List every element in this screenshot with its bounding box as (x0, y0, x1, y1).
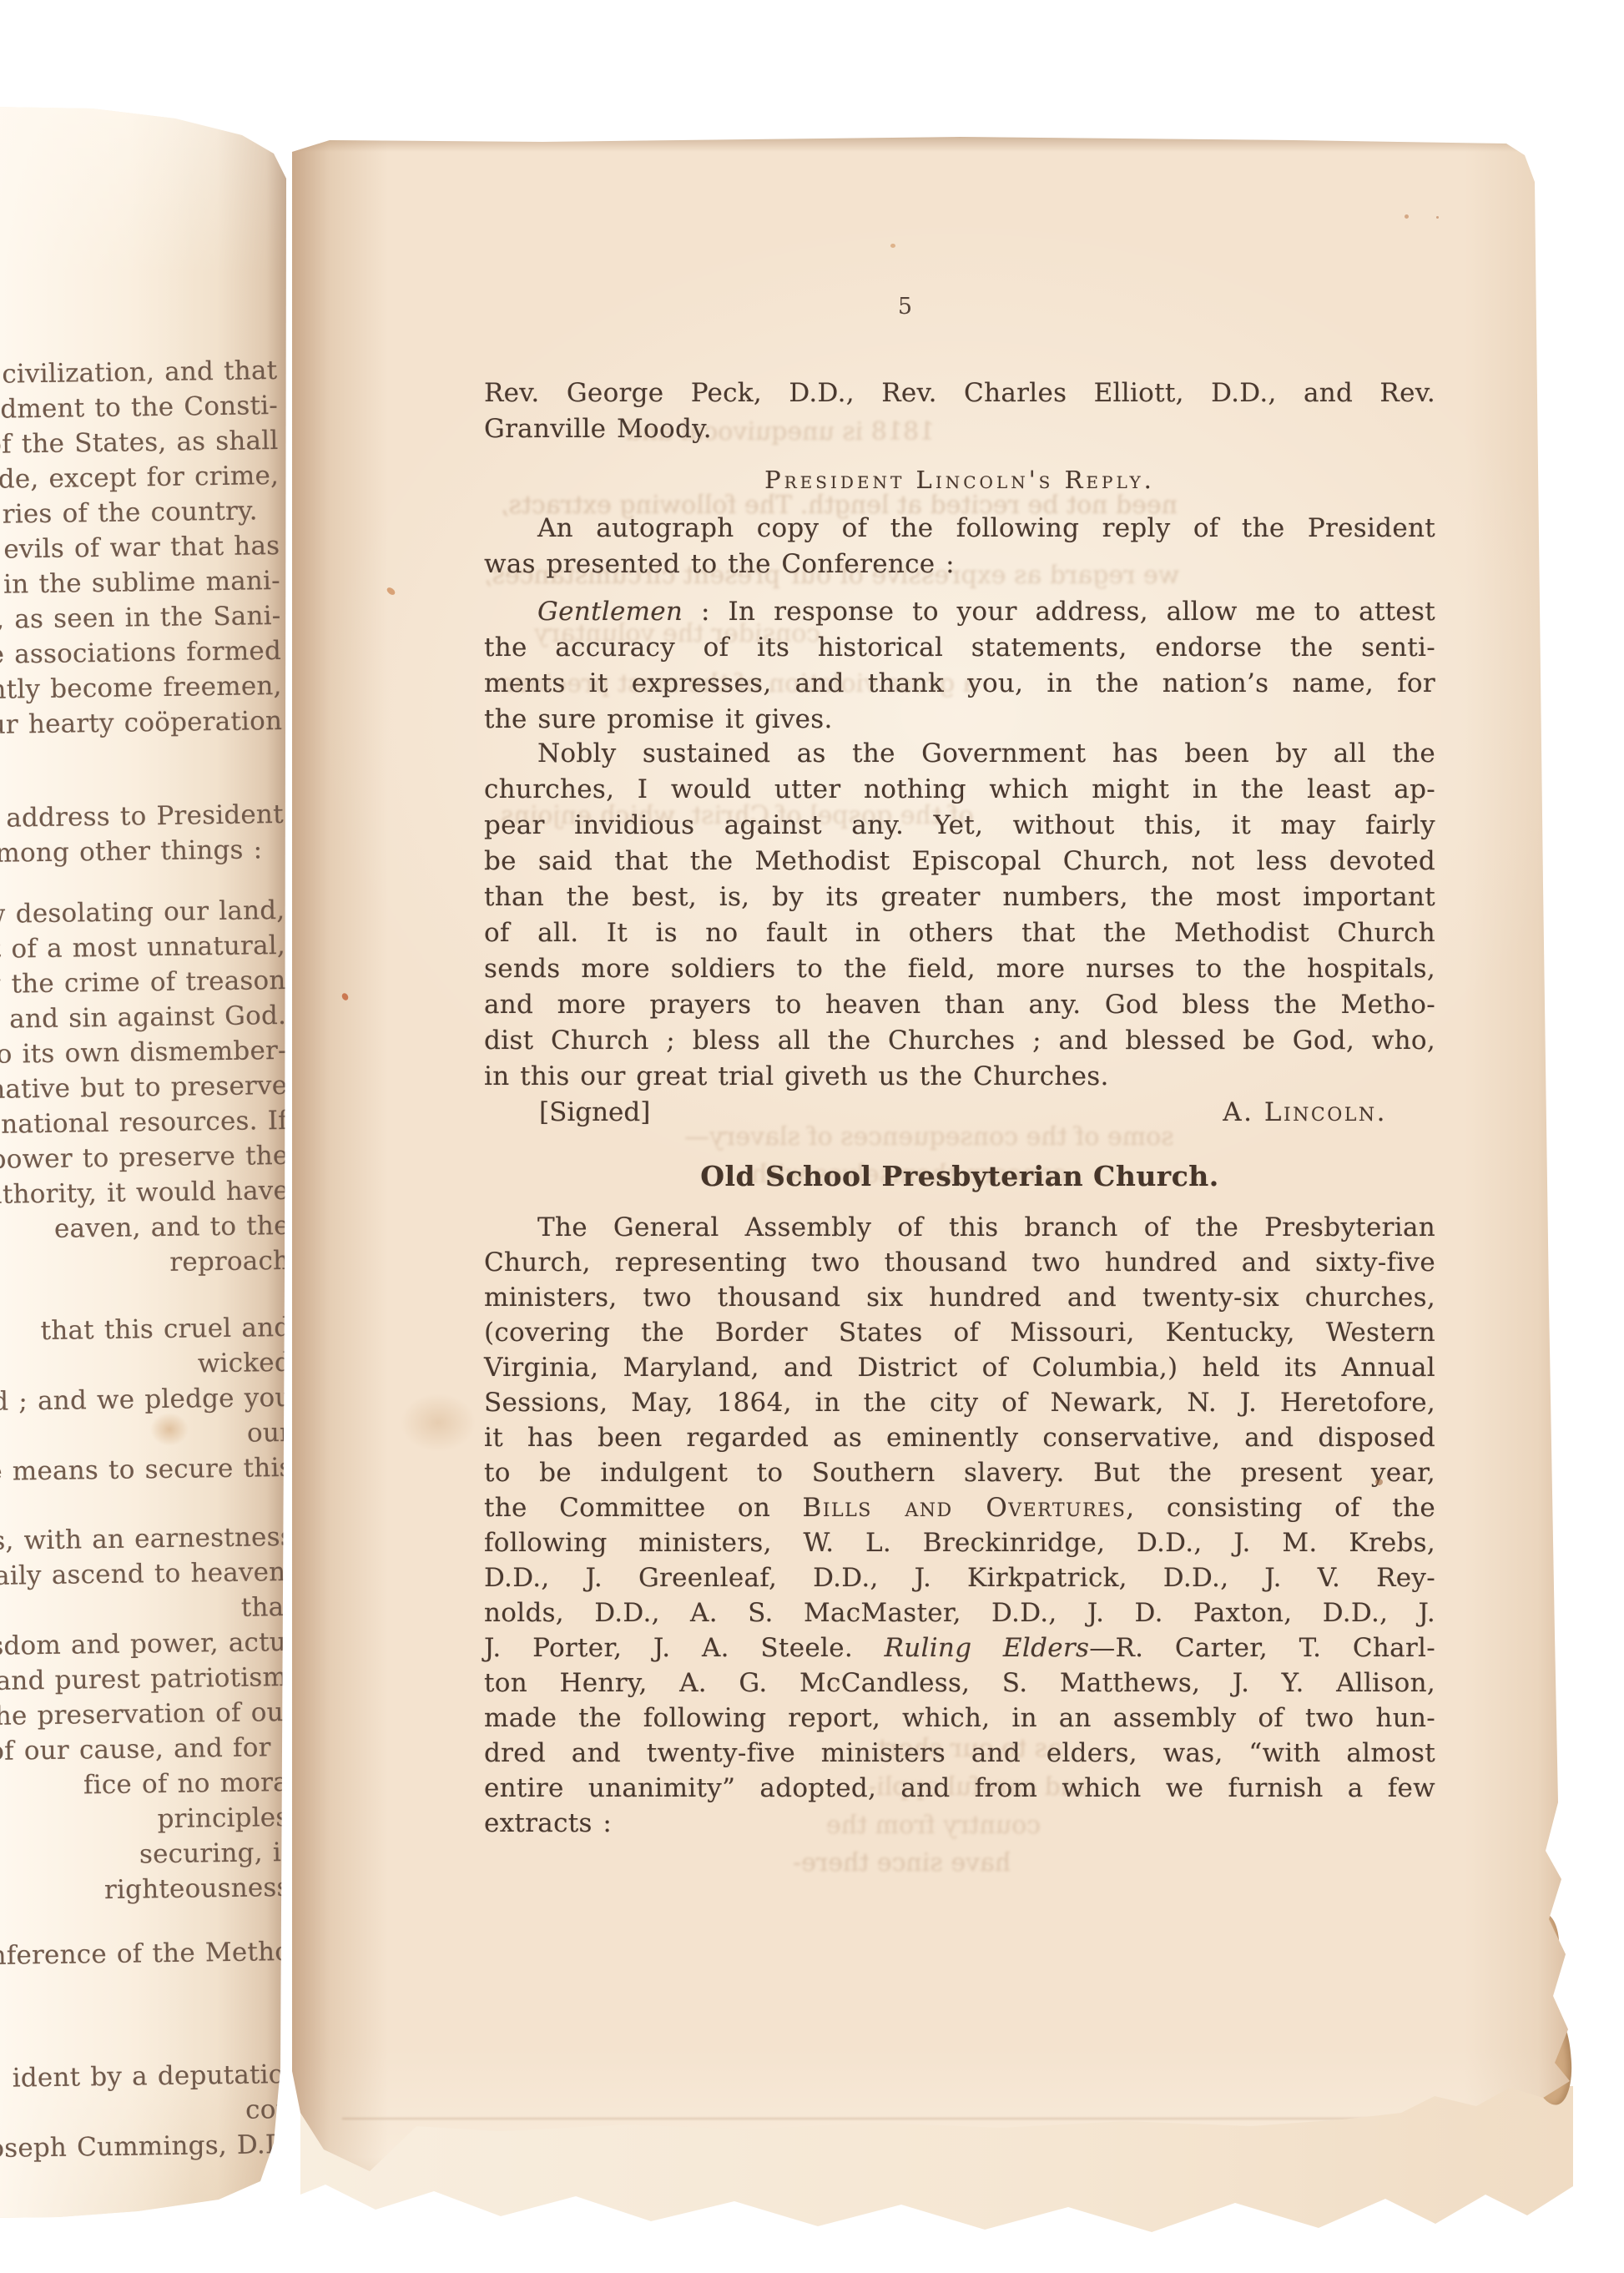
text-line: it has been regarded as eminently conser… (484, 1420, 1435, 1455)
text-line: ped, as seen in the Sani- (0, 598, 281, 638)
text-line: ing the crime of treason (0, 963, 286, 1003)
text-line: extracts : (484, 1806, 1435, 1841)
text-line (0, 738, 283, 802)
text-line: in this our great trial giveth us the Ch… (484, 1059, 1435, 1095)
italic-text: Ruling Elders (885, 1633, 1090, 1663)
foxing-spot (1375, 1479, 1383, 1485)
plain-text: —R. Carter, T. Charl- (1089, 1633, 1435, 1663)
text-line: than the best, is, by its greater number… (484, 879, 1435, 915)
text-line: sends more soldiers to the field, more n… (484, 951, 1435, 987)
text-line: oice in the sublime mani- (0, 563, 280, 603)
text-line: An autograph copy of the following reply… (484, 511, 1435, 547)
text-line: The General Assembly of this branch of t… (484, 1210, 1435, 1245)
smallcaps-text: Bills and Overtures (803, 1493, 1127, 1523)
book-page-left: and civilization, and thatmendment to th… (0, 107, 288, 2218)
text-line: Rev. George Peck, D.D., Rev. Charles Ell… (484, 375, 1435, 411)
text-line: lternative but to preserve (0, 1068, 288, 1108)
section-heading-lincolns-reply: President Lincoln's Reply. (484, 466, 1435, 494)
bottom-crease (342, 2118, 1419, 2119)
text-line: an address to President (0, 797, 284, 837)
text-line: he national resources. If (0, 1103, 288, 1143)
text-line: was presented to the Conference : (484, 547, 1435, 582)
plain-text: the Committee on (484, 1493, 803, 1523)
page-number: 5 (430, 294, 1381, 320)
text-line: ts power to preserve the (0, 1138, 289, 1178)
text-line: Sessions, May, 1864, in the city of Newa… (484, 1385, 1435, 1420)
text-line (0, 1485, 294, 1525)
paragraph-general-assembly: The General Assembly of this branch of t… (484, 1210, 1435, 1841)
text-line: be said that the Methodist Episcopal Chu… (484, 844, 1435, 879)
text-line: ries of the country. (0, 493, 280, 533)
text-line: he evils of war that has (0, 528, 280, 568)
foxing-spot (1436, 216, 1439, 219)
text-line: esult of a most unnatural, (0, 928, 285, 968)
text-line: as our hearty coöperation (0, 703, 282, 743)
text-line: nolds, D.D., A. S. MacMaster, D.D., J. D… (484, 1595, 1435, 1630)
text-line: securing, in righteousness, (0, 1835, 299, 1910)
paper-stain (401, 1394, 476, 1452)
text-line: ians, with an earnestness (0, 1520, 294, 1560)
text-line: following ministers, W. L. Breckinridge,… (484, 1525, 1435, 1560)
text-line: ton Henry, A. G. McCandless, S. Matthews… (484, 1666, 1435, 1701)
text-line: aily ascend to heaven, that (0, 1555, 295, 1630)
text-line: fice of no moral principles, (0, 1765, 298, 1840)
text-line: to be indulgent to Southern slavery. But… (484, 1455, 1435, 1490)
signature-row: [Signed] A. Lincoln. (484, 1095, 1435, 1131)
text-line: that this cruel and wicked (0, 1310, 291, 1385)
text-line: made the following report, which, in an … (484, 1701, 1435, 1736)
text-line: churches, I would utter nothing which mi… (484, 772, 1435, 808)
foxing-spot (890, 244, 895, 248)
text-line: wisdom and power, actu- (0, 1625, 295, 1665)
text-line: of all. It is no fault in others that th… (484, 915, 1435, 951)
red-fiber-speck (340, 992, 350, 1001)
text-line: r the preservation of our (0, 1695, 296, 1735)
text-line: of our cause, and for a (0, 1730, 297, 1770)
text-line: mendment to the Consti- (0, 388, 278, 428)
text-line: eaven, and to the reproach (0, 1208, 290, 1283)
photo-background: { "page_number": "5", "colors": { "paper… (0, 0, 1624, 2273)
book-page-right: 1818 is unequivocal andneed not be recit… (292, 134, 1573, 2207)
text-line: ident by a deputation con- (0, 2057, 302, 2132)
text-line: J. Porter, J. A. Steele. Ruling Elders—R… (484, 1630, 1435, 1666)
text-line: Virginia, Maryland, and District of Colu… (484, 1350, 1435, 1385)
text-line: Joseph Cummings, D.D., (0, 2127, 302, 2167)
text-line: Church, representing two thousand two hu… (484, 1245, 1435, 1280)
text-line: the accuracy of its historical statement… (484, 630, 1435, 666)
text-line: Granville Moody. (484, 411, 1435, 447)
text-line: nts, and sin against God. (0, 998, 286, 1038)
text-line: and civilization, and that (0, 353, 278, 393)
foxing-spot (386, 586, 396, 596)
signature-a-lincoln: A. Lincoln. (1223, 1095, 1387, 1131)
text-line: ate means to secure this (0, 1450, 293, 1490)
text-line: pear invidious against any. Yet, without… (484, 808, 1435, 844)
text-line: mong other things : (0, 832, 285, 872)
text-line: dred and twenty-five ministers and elder… (484, 1736, 1435, 1771)
paragraph-nobly-sustained: Nobly sustained as the Government has be… (484, 736, 1435, 1095)
foxing-spot (1405, 214, 1409, 219)
text-line: Conference of the Metho- (0, 1934, 300, 1974)
text-line: ments it expresses, and thank you, in th… (484, 666, 1435, 702)
plain-text: : In response to your address, allow me … (683, 597, 1435, 627)
plain-text: , consisting of the (1126, 1493, 1435, 1523)
text-line (0, 1278, 290, 1315)
text-line: dist Church ; bless all the Churches ; a… (484, 1023, 1435, 1059)
text-line: st and purest patriotism, (0, 1660, 295, 1700)
text-line: recently become freemen, (0, 668, 282, 708)
text-line: entire unanimity” adopted, and from whic… (484, 1771, 1435, 1806)
text-line: and more prayers to heaven than any. God… (484, 987, 1435, 1023)
signed-label: [Signed] (484, 1095, 650, 1131)
paragraph-gentlemen: Gentlemen : In response to your address,… (484, 594, 1435, 738)
text-line: Nobly sustained as the Government has be… (484, 736, 1435, 772)
book-photo: 1818 is unequivocal andneed not be recit… (0, 0, 1624, 2273)
paper-stain (150, 1413, 189, 1446)
intro-paragraph: Rev. George Peck, D.D., Rev. Charles Ell… (484, 375, 1435, 447)
text-line: authority, it would have (0, 1173, 289, 1213)
text-line: rt of the States, as shall (0, 423, 279, 463)
text-line: ow desolating our land, (0, 893, 285, 933)
text-line: Gentlemen : In response to your address,… (484, 594, 1435, 630)
text-line: tude, except for crime, (0, 458, 279, 498)
text-line: it to its own dismember- (0, 1033, 287, 1073)
text-line: D.D., J. Greenleaf, D.D., J. Kirkpatrick… (484, 1560, 1435, 1595)
italic-text: Gentlemen (537, 597, 683, 627)
text-line: the sure promise it gives. (484, 702, 1435, 738)
ghost-text-line: have since there- (793, 1848, 1011, 1877)
text-line: ministers, two thousand six hundred and … (484, 1280, 1435, 1315)
text-line (0, 1969, 301, 2062)
text-line: the Committee on Bills and Overtures, co… (484, 1490, 1435, 1525)
text-line: (covering the Border States of Missouri,… (484, 1315, 1435, 1350)
text-line: n the associations formed (0, 633, 281, 673)
plain-text: J. Porter, J. A. Steele. (484, 1633, 885, 1663)
section-heading-old-school-presbyterian: Old School Presbyterian Church. (484, 1160, 1435, 1192)
left-page-text-column: and civilization, and thatmendment to th… (0, 353, 302, 2167)
text-line: d ; and we pledge you our (0, 1380, 292, 1455)
paragraph-autograph-copy: An autograph copy of the following reply… (484, 511, 1435, 582)
